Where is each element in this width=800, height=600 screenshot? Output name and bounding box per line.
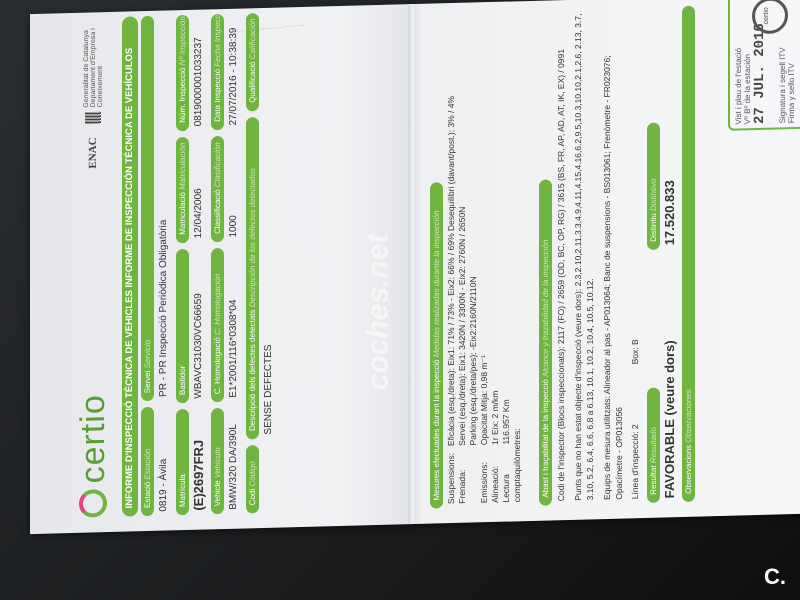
value-matriculacio: 12/04/2006 [192,136,206,242]
right-panel: Mesures efectuades durant la inspecció M… [430,0,800,509]
measuring-equipment: Equips de mesura utilitzats: Alineador a… [601,10,625,501]
measurement-value: 116.957 Km [501,6,523,445]
senyera-icon [85,111,101,123]
label-vehicle: Vehicle Vehículo [211,408,224,514]
label-data-inspeccio: Data Inspecció Fecha Inspección [211,14,224,130]
watermark: coches.net [361,233,395,391]
label-mesures: Mesures efectuades durant la inspecció M… [430,182,443,508]
inspection-report-paper: ········ ·· · ········ ···· ·· ··· ··· ·… [30,0,800,534]
label-qualificacio: Qualificació Calificación [246,13,259,111]
value-matricula: (E)2697FRJ [192,408,206,514]
value-defectes: SENSE DEFECTES [262,116,276,438]
measurement-key: Suspensions: [446,446,457,504]
label-codi: Codi Código [246,445,259,514]
value-num-inspeccio: 0819000001033237 [192,14,206,130]
measurement-value: Parking (esq./dreta/pes): -Eix2:2160N/21… [468,7,479,445]
enac-logo: ENAC [87,137,99,168]
measurement-key: Emissions: [479,445,490,503]
value-bastidor: WBAVC31030VC66659 [192,248,206,403]
measurement-key: Lectura comptaquilòmetres: [501,444,523,503]
label-defectes: Descripció dels defectes detectats Descr… [246,117,259,439]
label-observacions: Observacions Observaciones [682,6,695,502]
measurement-value: 1r Eix: 2 m/km [490,7,501,445]
label-servei: Servei Servicio [141,16,154,402]
label-resultat: Resultat Resultado [647,388,660,503]
certio-logo: certio ENAC Generalitat de Catalunya Dep… [70,17,116,518]
logo-text: certio [74,394,113,484]
value-data-inspeccio: 27/07/2016 - 10:38:39 [227,14,241,130]
label-abast: Abast i traçabilitat de la inspecció Alc… [539,179,552,505]
label-classificacio: Classificació Clasificación [211,136,224,242]
measurements-list: Suspensions:Eficàcia (esq./dreta): Eix1:… [446,6,523,508]
certio-ring-icon [79,489,107,518]
label-bastidor: Bastidor [176,249,189,404]
value-estacio: 0819 - Àvila [157,407,171,516]
value-homologacio: E1*2001/116*0308*04 [227,247,241,402]
measurement-value: Opacitat Mitja: 0,98 m⁻¹ [479,7,490,445]
label-matricula: Matrícula [176,409,189,515]
inspection-line: Línea d'inspecció: 2Box: B [629,9,641,499]
measurement-key: Alineació: [490,445,501,503]
inspector-codes: Codi de l'inspector (Blocs inspeccionats… [555,11,567,501]
value-servei: PR - PR Inspecció Periòdica Obligatòria [157,15,171,401]
uninspected-points: Punts que no han estat objecte d'inspecc… [572,10,596,501]
measurement-key [468,445,479,503]
value-distintiu: 17.520.833 [663,2,677,249]
measurement-key: Frenada: [457,446,468,504]
measurement-value: Servei (esq./dreta): Eix1: 3420N / 3300N… [457,8,468,446]
label-distintiu: Distintiu Distintivo [647,122,660,249]
label-num-inspeccio: Núm. Inspecció Nº Inspección [176,15,189,131]
value-classificacio: 1000 [227,135,241,241]
corner-logo: C. [764,564,786,590]
gencat-logo: Generalitat de Catalunya Departament d'E… [83,17,104,124]
report-title: INFORME D'INSPECCIÓ TÈCNICA DE VEHICLES … [122,16,138,516]
value-vehicle: BMW/320 DA/390L [227,408,241,514]
value-resultat: FAVORABLE (veure dors) [663,255,677,502]
station-stamp: Vist i plau de l'estació Vº Bº de la est… [728,0,800,131]
measurement-value: Eficàcia (esq./dreta): Eix1: 71% / 73% -… [446,8,457,446]
label-homologacio: C. Homologació C. Homologación [211,248,224,403]
label-estacio: Estació Estación [141,407,154,516]
label-matriculacio: Matriculació Matriculación [176,137,189,243]
